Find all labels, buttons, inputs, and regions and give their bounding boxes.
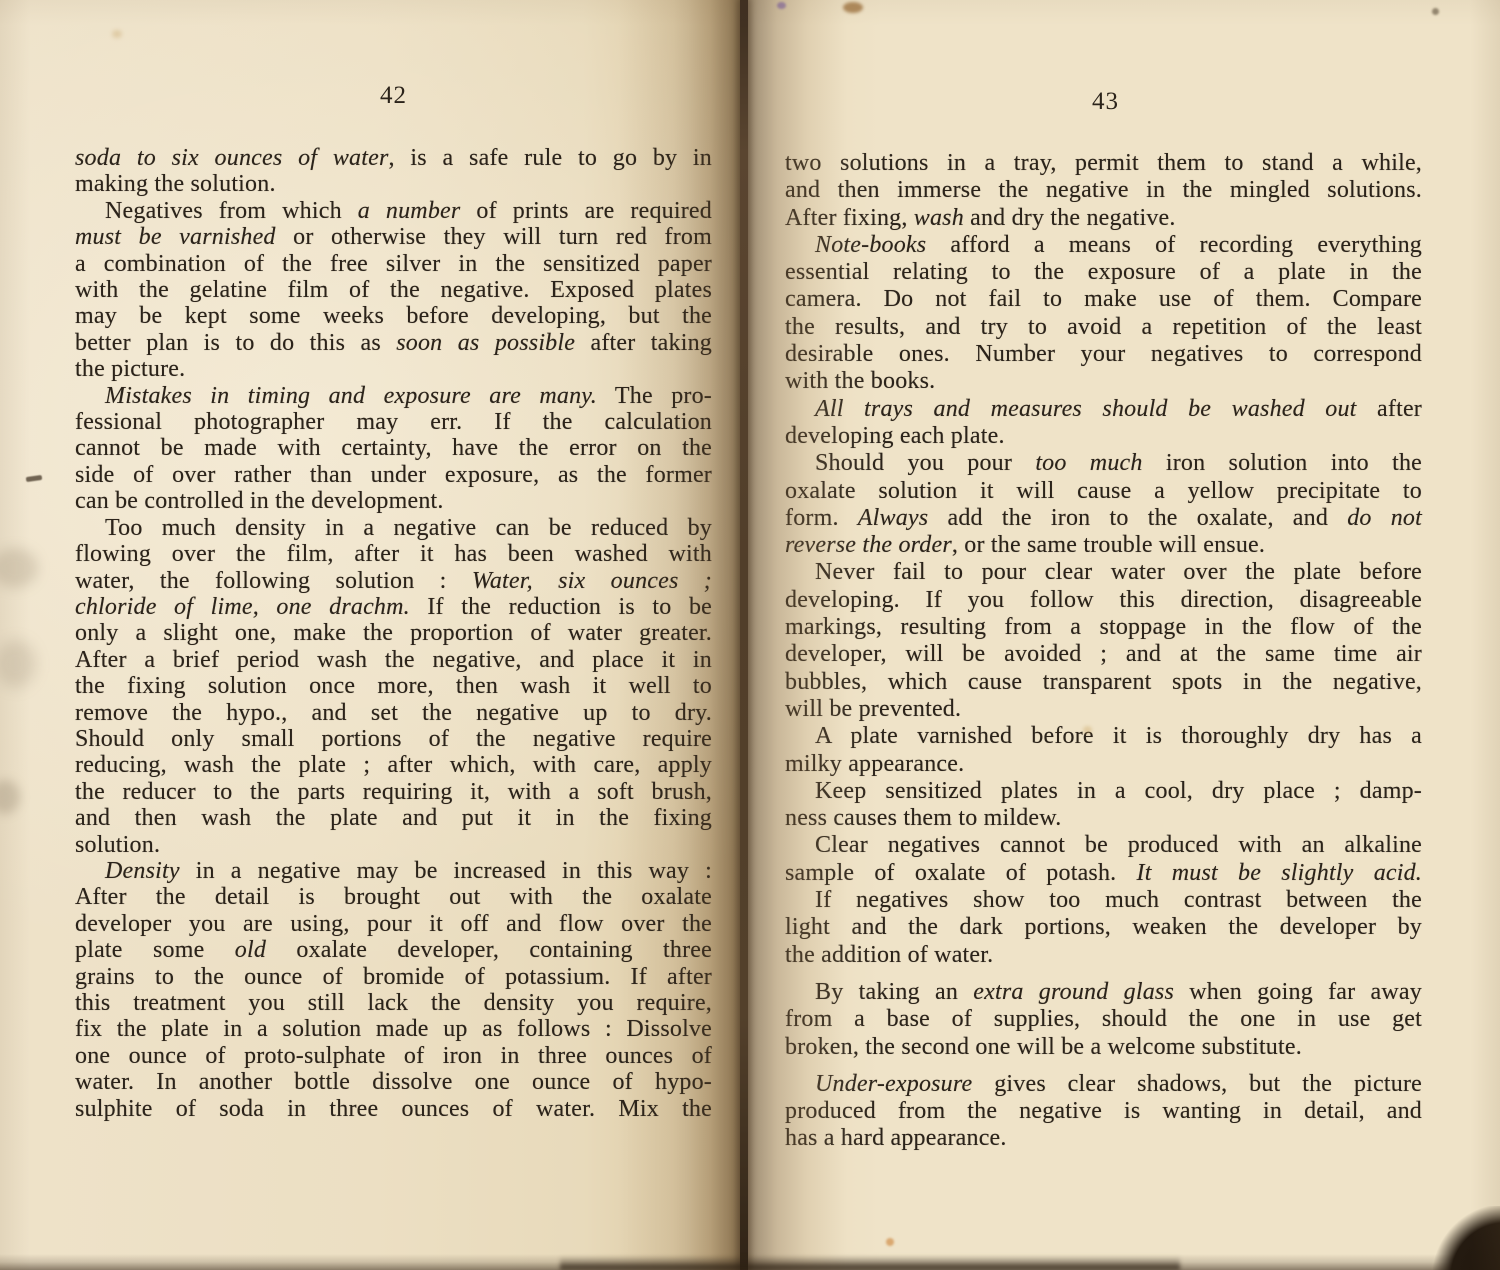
text-line: water. In another bottle dissolve one ou… xyxy=(75,1069,712,1095)
text-line: Density in a negative may be increased i… xyxy=(75,858,712,884)
text-line: must be varnished or otherwise they will… xyxy=(75,224,712,250)
text-line: After fixing, wash and dry the negative. xyxy=(785,205,1422,232)
right-page-text: two solutions in a tray, permit them to … xyxy=(785,150,1422,1153)
text-line: plate some old oxalate developer, contai… xyxy=(75,937,712,963)
text-line: reducing, wash the plate ; after which, … xyxy=(75,752,712,778)
text-line: If negatives show too much contrast betw… xyxy=(785,887,1422,914)
text-line: developing each plate. xyxy=(785,423,1422,450)
text-line: A plate varnished before it is thoroughl… xyxy=(785,723,1422,750)
text-line: Negatives from which a number of prints … xyxy=(75,198,712,224)
text-line: sample of oxalate of potash. It must be … xyxy=(785,860,1422,887)
text-line: fessional photographer may err. If the c… xyxy=(75,409,712,435)
text-line: By taking an extra ground glass when goi… xyxy=(785,979,1422,1006)
text-line: reverse the order, or the same trouble w… xyxy=(785,532,1422,559)
text-line: produced from the negative is wanting in… xyxy=(785,1098,1422,1125)
text-line: form. Always add the iron to the oxalate… xyxy=(785,505,1422,532)
text-line: ness causes them to mildew. xyxy=(785,805,1422,832)
text-line: grains to the ounce of bromide of potass… xyxy=(75,964,712,990)
text-line: Mistakes in timing and exposure are many… xyxy=(75,383,712,409)
text-line: soda to six ounces of water, is a safe r… xyxy=(75,145,712,171)
text-line: will be prevented. xyxy=(785,696,1422,723)
text-line: the fixing solution once more, then wash… xyxy=(75,673,712,699)
text-line: with the gelatine film of the negative. … xyxy=(75,277,712,303)
text-line: After a brief period wash the negative, … xyxy=(75,647,712,673)
text-line: a combination of the free silver in the … xyxy=(75,251,712,277)
left-page-text: soda to six ounces of water, is a safe r… xyxy=(75,145,712,1122)
book-scan: { "document_kind": "scanned book spread … xyxy=(0,0,1500,1270)
text-line: Keep sensitized plates in a cool, dry pl… xyxy=(785,778,1422,805)
text-line: light and the dark portions, weaken the … xyxy=(785,914,1422,941)
text-line: markings, resulting from a stoppage in t… xyxy=(785,614,1422,641)
text-line: Clear negatives cannot be produced with … xyxy=(785,832,1422,859)
text-line: Under-exposure gives clear shadows, but … xyxy=(785,1071,1422,1098)
text-line: Too much density in a negative can be re… xyxy=(75,515,712,541)
text-line: this treatment you still lack the densit… xyxy=(75,990,712,1016)
text-line: the results, and try to avoid a repetiti… xyxy=(785,314,1422,341)
text-line: Note-books afford a means of recording e… xyxy=(785,232,1422,259)
book-spread: 42 43 soda to six ounces of water, is a … xyxy=(0,0,1500,1270)
text-line: remove the hypo., and set the negative u… xyxy=(75,700,712,726)
text-line: the addition of water. xyxy=(785,942,1422,969)
text-line: cannot be made with certainty, have the … xyxy=(75,435,712,461)
text-line: making the solution. xyxy=(75,171,712,197)
text-line: the picture. xyxy=(75,356,712,382)
text-line: one ounce of proto-sulphate of iron in t… xyxy=(75,1043,712,1069)
page-number-right: 43 xyxy=(787,88,1424,116)
text-line: milky appearance. xyxy=(785,751,1422,778)
text-line: bubbles, which cause transparent spots i… xyxy=(785,669,1422,696)
text-line: oxalate solution it will cause a yellow … xyxy=(785,478,1422,505)
text-line: developer, will be avoided ; and at the … xyxy=(785,641,1422,668)
text-line: may be kept some weeks before developing… xyxy=(75,303,712,329)
text-line: has a hard appearance. xyxy=(785,1125,1422,1152)
text-line: two solutions in a tray, permit them to … xyxy=(785,150,1422,177)
page-number-left: 42 xyxy=(75,82,712,110)
text-line: Should only small portions of the negati… xyxy=(75,726,712,752)
text-line: the reducer to the parts requiring it, w… xyxy=(75,779,712,805)
text-line: Should you pour too much iron solution i… xyxy=(785,450,1422,477)
text-line: only a slight one, make the proportion o… xyxy=(75,620,712,646)
text-line: broken, the second one will be a welcome… xyxy=(785,1034,1422,1061)
text-line: camera. Do not fail to make use of them.… xyxy=(785,286,1422,313)
text-line: flowing over the film, after it has been… xyxy=(75,541,712,567)
text-line: developer you are using, pour it off and… xyxy=(75,911,712,937)
text-line: developing. If you follow this direction… xyxy=(785,587,1422,614)
text-line: chloride of lime, one drachm. If the red… xyxy=(75,594,712,620)
text-line: side of over rather than under exposure,… xyxy=(75,462,712,488)
text-line: from a base of supplies, should the one … xyxy=(785,1006,1422,1033)
text-line: can be controlled in the development. xyxy=(75,488,712,514)
text-line: sulphite of soda in three ounces of wate… xyxy=(75,1096,712,1122)
text-line: essential relating to the exposure of a … xyxy=(785,259,1422,286)
text-line: with the books. xyxy=(785,368,1422,395)
text-line: and then wash the plate and put it in th… xyxy=(75,805,712,831)
text-line: better plan is to do this as soon as pos… xyxy=(75,330,712,356)
text-line: desirable ones. Number your negatives to… xyxy=(785,341,1422,368)
text-line: After the detail is brought out with the… xyxy=(75,884,712,910)
text-line: fix the plate in a solution made up as f… xyxy=(75,1016,712,1042)
text-line: Never fail to pour clear water over the … xyxy=(785,559,1422,586)
text-line: and then immerse the negative in the min… xyxy=(785,177,1422,204)
text-line: solution. xyxy=(75,832,712,858)
text-line: All trays and measures should be washed … xyxy=(785,396,1422,423)
text-line: water, the following solution : Water, s… xyxy=(75,568,712,594)
